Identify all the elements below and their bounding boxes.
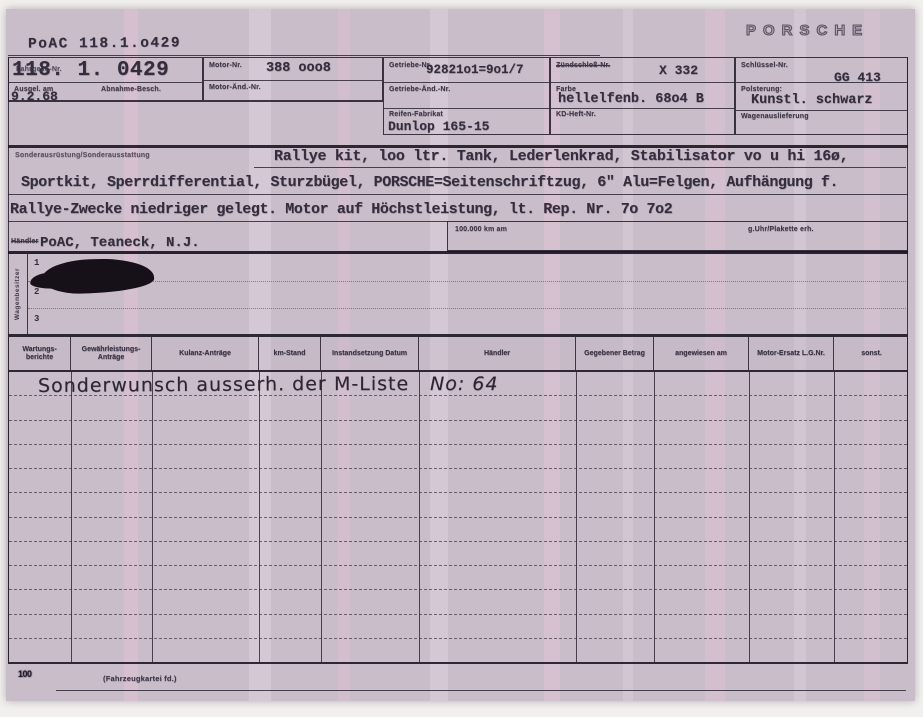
table-row: [9, 396, 907, 420]
main-table-header: Wartungs-berichte Gewährleistungs-Anträg…: [8, 334, 908, 372]
handwritten-entry-part3: No: 64: [430, 373, 498, 395]
column-header-gewaehrleistung: Gewährleistungs-Anträge: [71, 337, 152, 370]
polsterung-value: Kunstl. schwarz: [751, 93, 873, 108]
column-header-wartungsberichte: Wartungs-berichte: [9, 337, 71, 370]
farbe-value: hellelfenb. 68o4 B: [558, 92, 704, 107]
sonderausstattung-label: Sonderausrüstung/Sonderausstattung: [15, 152, 150, 160]
schluessel-value: GG 413: [834, 70, 881, 85]
table-row: [9, 518, 907, 542]
handwritten-entry-part1: Sonderwunsch ausserh. der: [38, 373, 327, 397]
rule-line: [8, 194, 908, 195]
sonderausstattung-line2: Sportkit, Sperrdifferential, Sturzbügel,…: [21, 174, 838, 191]
handwritten-entry-part2: M-Liste: [334, 373, 409, 395]
column-header-angewiesen: angewiesen am: [654, 337, 749, 370]
column-header-kulanz: Kulanz-Anträge: [152, 337, 259, 370]
owner-row-2: 2: [28, 281, 906, 309]
table-row: [9, 445, 907, 469]
table-row: [9, 493, 907, 517]
porsche-logo: PORSCHE: [746, 22, 869, 39]
table-row: [9, 421, 907, 445]
rule-line: [8, 55, 600, 57]
table-row: [9, 615, 907, 639]
km-plakette-box: 100.000 km am g.Uhr/Plakette erh.: [447, 221, 908, 252]
column-header-sonstiges: sonst.: [834, 337, 909, 370]
kardex-card: PoAC 118.1.o429 PORSCHE Fahrgest.-Nr. 11…: [6, 9, 915, 701]
main-table-body: [8, 372, 908, 664]
sonderausstattung-line3: Rallye-Zwecke niedriger gelegt. Motor au…: [10, 201, 672, 218]
table-row: [9, 590, 907, 614]
wagenbesitzer-label: Wagenbesitzer: [14, 268, 21, 320]
sonderausstattung-line1: Rallye kit, loo ltr. Tank, Lederlenkrad,…: [274, 148, 848, 165]
handwritten-reference: PoAC 118.1.o429: [28, 35, 181, 52]
column-header-motor-ersatz: Motor-Ersatz L.G.Nr.: [749, 337, 834, 370]
table-row: [9, 639, 907, 662]
owner-row-1: 1: [28, 254, 906, 282]
table-row: [9, 469, 907, 493]
rule-line: [8, 221, 448, 222]
footer-line: [56, 690, 906, 691]
plakette-note-label: g.Uhr/Plakette erh.: [748, 226, 814, 234]
haendler-value: PoAC, Teaneck, N.J.: [40, 235, 200, 251]
owner-row-number: 2: [34, 287, 39, 297]
column-header-betrag: Gegebener Betrag: [576, 337, 654, 370]
table-row: [9, 542, 907, 566]
column-header-haendler: Händler: [419, 337, 576, 370]
owner-row-number: 1: [34, 258, 39, 268]
rule-line: [254, 167, 906, 168]
km-note-label: 100.000 km am: [455, 226, 507, 234]
wagenbesitzer-strip: Wagenbesitzer: [8, 254, 28, 334]
owner-row-3: 3: [28, 308, 906, 334]
scanned-photo: { "colors": {"paper": "#c9bdc9", "ink": …: [0, 0, 923, 717]
column-header-km-stand: km-Stand: [259, 337, 321, 370]
table-row: [9, 566, 907, 590]
column-header-instandsetzung: Instandsetzung Datum: [321, 337, 419, 370]
footer-mark: 100: [18, 669, 32, 679]
haendler-label: Händler: [11, 238, 38, 246]
footer-note: (Fahrzeugkartei fd.): [103, 675, 177, 683]
owner-row-number: 3: [34, 314, 39, 324]
